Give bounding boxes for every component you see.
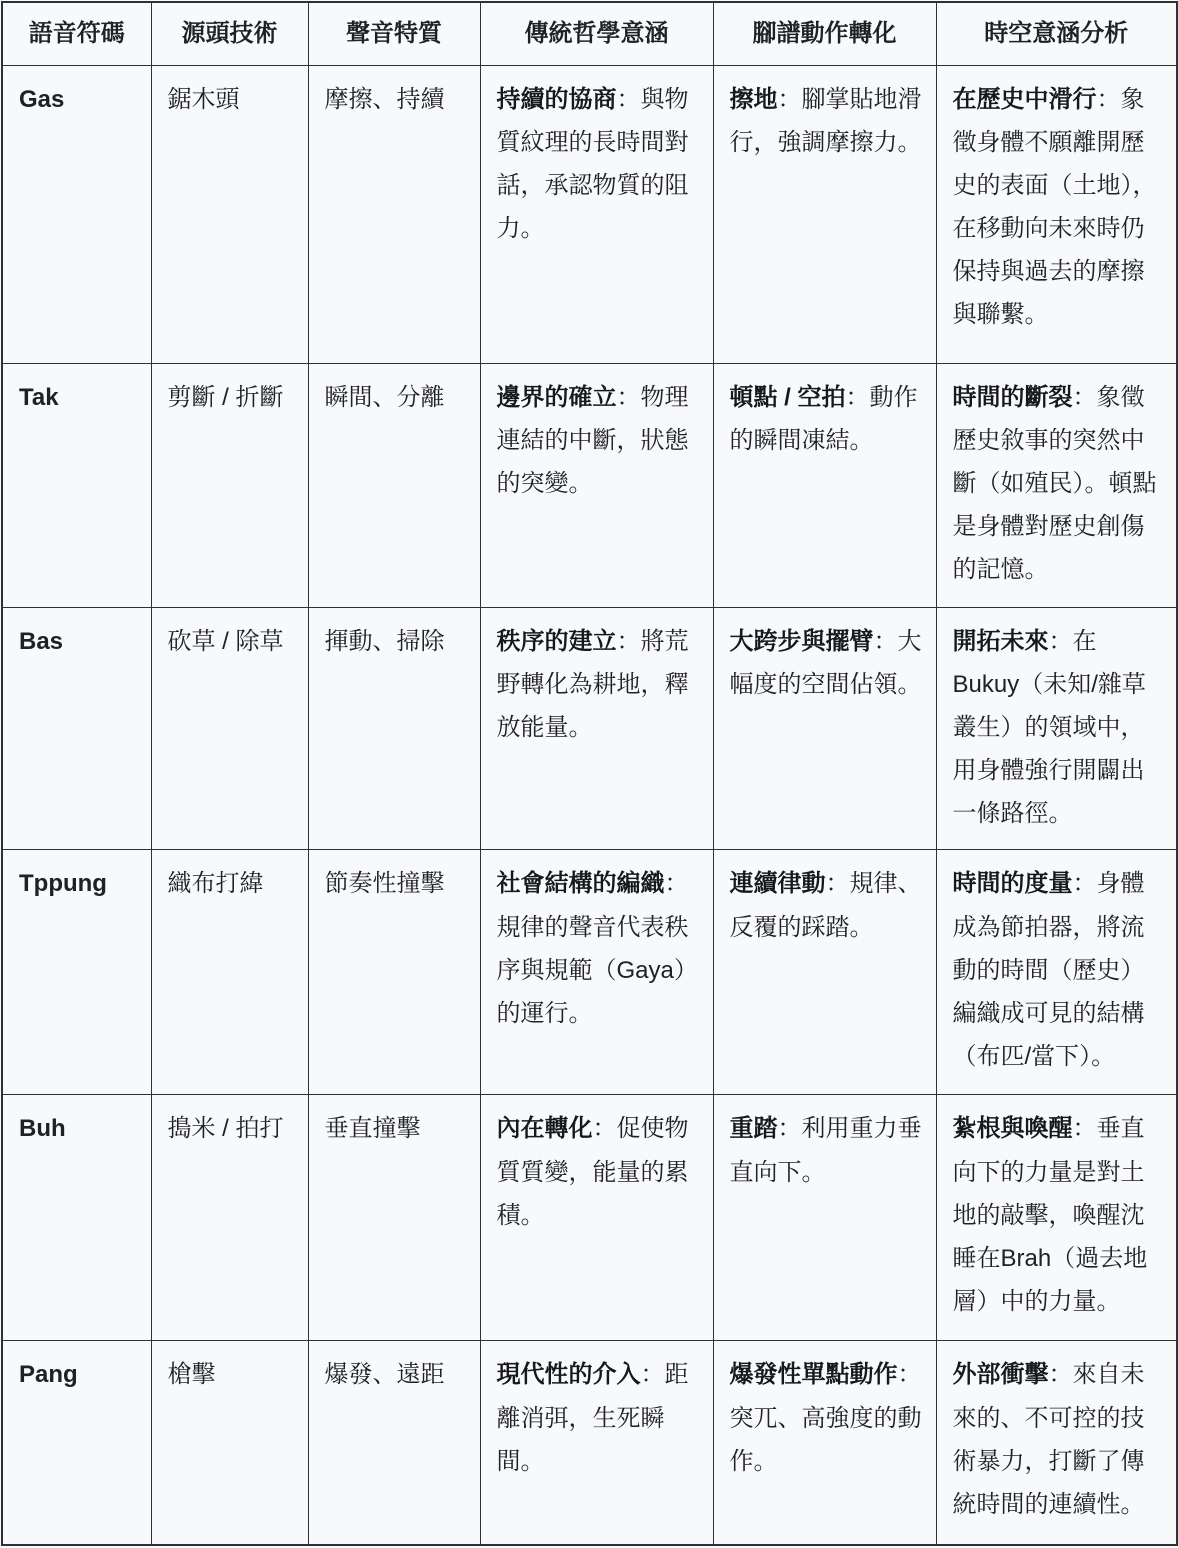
sound-quality: 垂直撞擊 <box>325 1115 421 1142</box>
source-technique-cell: 槍擊 <box>151 1341 308 1545</box>
sound-quality-cell: 摩擦、持續 <box>308 65 480 363</box>
spacetime-cell: 開拓未來：在Bukuy（未知/雜草叢生）的領域中，用身體強行開闢出一條路徑。 <box>936 607 1177 850</box>
source-technique: 剪斷 / 折斷 <box>168 384 284 411</box>
spacetime-lead: 時間的斷裂 <box>953 384 1073 411</box>
philosophy-lead: 邊界的確立 <box>497 384 617 411</box>
table-row: Gas 鋸木頭 摩擦、持續 持續的協商：與物質紋理的長時間對話，承認物質的阻力。… <box>2 65 1177 363</box>
phonetic-code: Buh <box>19 1115 66 1142</box>
movement-lead: 擦地 <box>730 86 778 113</box>
column-header-source-technique: 源頭技術 <box>151 2 308 65</box>
movement-lead: 連續律動 <box>730 870 826 897</box>
spacetime-cell: 紮根與喚醒：垂直向下的力量是對土地的敲擊，喚醒沈睡在Brah（過去地層）中的力量… <box>936 1095 1177 1341</box>
source-technique: 槍擊 <box>168 1361 216 1388</box>
table-row: Buh 搗米 / 拍打 垂直撞擊 內在轉化：促使物質質變，能量的累積。 重踏：利… <box>2 1095 1177 1341</box>
spacetime-cell: 時間的斷裂：象徵歷史敘事的突然中斷（如殖民）。頓點是身體對歷史創傷的記憶。 <box>936 363 1177 607</box>
sound-quality: 瞬間、分離 <box>325 384 445 411</box>
source-technique-cell: 搗米 / 拍打 <box>151 1095 308 1341</box>
column-header-phonetic-code: 語音符碼 <box>2 2 151 65</box>
phonetic-code: Tppung <box>19 870 107 897</box>
source-technique: 織布打緯 <box>168 870 264 897</box>
phonetic-code-cell: Tak <box>2 363 151 607</box>
sound-quality-cell: 瞬間、分離 <box>308 363 480 607</box>
philosophy-cell: 邊界的確立：物理連結的中斷，狀態的突變。 <box>480 363 713 607</box>
phonetic-code-cell: Pang <box>2 1341 151 1545</box>
philosophy-cell: 持續的協商：與物質紋理的長時間對話，承認物質的阻力。 <box>480 65 713 363</box>
movement-cell: 頓點 / 空拍：動作的瞬間凍結。 <box>713 363 936 607</box>
sound-semiotics-table: 語音符碼 源頭技術 聲音特質 傳統哲學意涵 腳譜動作轉化 時空意涵分析 Gas … <box>1 1 1178 1546</box>
table-row: Tak 剪斷 / 折斷 瞬間、分離 邊界的確立：物理連結的中斷，狀態的突變。 頓… <box>2 363 1177 607</box>
spacetime-text: ：象徵身體不願離開歷史的表面（土地），在移動向未來時仍保持與過去的摩擦與聯繫。 <box>953 86 1157 329</box>
phonetic-code-cell: Tppung <box>2 850 151 1095</box>
sound-quality-cell: 節奏性撞擊 <box>308 850 480 1095</box>
table-row: Tppung 織布打緯 節奏性撞擊 社會結構的編織：規律的聲音代表秩序與規範（G… <box>2 850 1177 1095</box>
source-technique: 鋸木頭 <box>168 86 240 113</box>
source-technique-cell: 鋸木頭 <box>151 65 308 363</box>
spacetime-lead: 在歷史中滑行 <box>953 86 1097 113</box>
column-header-footwork-transformation: 腳譜動作轉化 <box>713 2 936 65</box>
sound-quality: 摩擦、持續 <box>325 86 445 113</box>
column-header-spacetime-analysis: 時空意涵分析 <box>936 2 1177 65</box>
spacetime-text: ：身體成為節拍器，將流動的時間（歷史）編織成可見的結構（布匹/當下）。 <box>953 870 1145 1070</box>
table-row: Bas 砍草 / 除草 揮動、掃除 秩序的建立：將荒野轉化為耕地，釋放能量。 大… <box>2 607 1177 850</box>
philosophy-lead: 秩序的建立 <box>497 628 617 655</box>
philosophy-cell: 社會結構的編織：規律的聲音代表秩序與規範（Gaya）的運行。 <box>480 850 713 1095</box>
sound-quality-cell: 爆發、遠距 <box>308 1341 480 1545</box>
sound-quality: 節奏性撞擊 <box>325 870 445 897</box>
source-technique-cell: 砍草 / 除草 <box>151 607 308 850</box>
movement-cell: 連續律動：規律、反覆的踩踏。 <box>713 850 936 1095</box>
phonetic-code: Pang <box>19 1361 78 1388</box>
phonetic-code-cell: Buh <box>2 1095 151 1341</box>
movement-cell: 爆發性單點動作：突兀、高強度的動作。 <box>713 1341 936 1545</box>
movement-lead: 大跨步與擺臂 <box>730 628 874 655</box>
philosophy-lead: 現代性的介入 <box>497 1361 641 1388</box>
column-header-sound-quality: 聲音特質 <box>308 2 480 65</box>
phonetic-code-cell: Gas <box>2 65 151 363</box>
philosophy-cell: 現代性的介入：距離消弭，生死瞬間。 <box>480 1341 713 1545</box>
sound-quality: 爆發、遠距 <box>325 1361 445 1388</box>
source-technique-cell: 織布打緯 <box>151 850 308 1095</box>
movement-cell: 重踏：利用重力垂直向下。 <box>713 1095 936 1341</box>
movement-lead: 重踏 <box>730 1115 778 1142</box>
sound-quality: 揮動、掃除 <box>325 628 445 655</box>
philosophy-cell: 內在轉化：促使物質質變，能量的累積。 <box>480 1095 713 1341</box>
table-row: Pang 槍擊 爆發、遠距 現代性的介入：距離消弭，生死瞬間。 爆發性單點動作：… <box>2 1341 1177 1545</box>
source-technique-cell: 剪斷 / 折斷 <box>151 363 308 607</box>
sound-quality-cell: 垂直撞擊 <box>308 1095 480 1341</box>
spacetime-cell: 外部衝擊：來自未來的、不可控的技術暴力，打斷了傳統時間的連續性。 <box>936 1341 1177 1545</box>
movement-lead: 頓點 / 空拍 <box>730 384 846 411</box>
philosophy-lead: 社會結構的編織 <box>497 870 665 897</box>
spacetime-cell: 在歷史中滑行：象徵身體不願離開歷史的表面（土地），在移動向未來時仍保持與過去的摩… <box>936 65 1177 363</box>
phonetic-code: Tak <box>19 384 59 411</box>
sound-quality-cell: 揮動、掃除 <box>308 607 480 850</box>
movement-cell: 擦地：腳掌貼地滑行，強調摩擦力。 <box>713 65 936 363</box>
header-row: 語音符碼 源頭技術 聲音特質 傳統哲學意涵 腳譜動作轉化 時空意涵分析 <box>2 2 1177 65</box>
spacetime-lead: 紮根與喚醒 <box>953 1115 1073 1142</box>
source-technique: 砍草 / 除草 <box>168 628 284 655</box>
movement-lead: 爆發性單點動作 <box>730 1361 898 1388</box>
spacetime-lead: 時間的度量 <box>953 870 1073 897</box>
phonetic-code: Bas <box>19 628 63 655</box>
philosophy-cell: 秩序的建立：將荒野轉化為耕地，釋放能量。 <box>480 607 713 850</box>
source-technique: 搗米 / 拍打 <box>168 1115 284 1142</box>
philosophy-lead: 內在轉化 <box>497 1115 593 1142</box>
spacetime-cell: 時間的度量：身體成為節拍器，將流動的時間（歷史）編織成可見的結構（布匹/當下）。 <box>936 850 1177 1095</box>
phonetic-code-cell: Bas <box>2 607 151 850</box>
spacetime-lead: 開拓未來 <box>953 628 1049 655</box>
phonetic-code: Gas <box>19 86 64 113</box>
column-header-traditional-philosophy: 傳統哲學意涵 <box>480 2 713 65</box>
spacetime-text: ：象徵歷史敘事的突然中斷（如殖民）。頓點是身體對歷史創傷的記憶。 <box>953 384 1157 584</box>
spacetime-text: ：垂直向下的力量是對土地的敲擊，喚醒沈睡在Brah（過去地層）中的力量。 <box>953 1115 1148 1315</box>
philosophy-lead: 持續的協商 <box>497 86 617 113</box>
movement-cell: 大跨步與擺臂：大幅度的空間佔領。 <box>713 607 936 850</box>
spacetime-text: ：在Bukuy（未知/雜草叢生）的領域中，用身體強行開闢出一條路徑。 <box>953 628 1146 828</box>
spacetime-lead: 外部衝擊 <box>953 1361 1049 1388</box>
